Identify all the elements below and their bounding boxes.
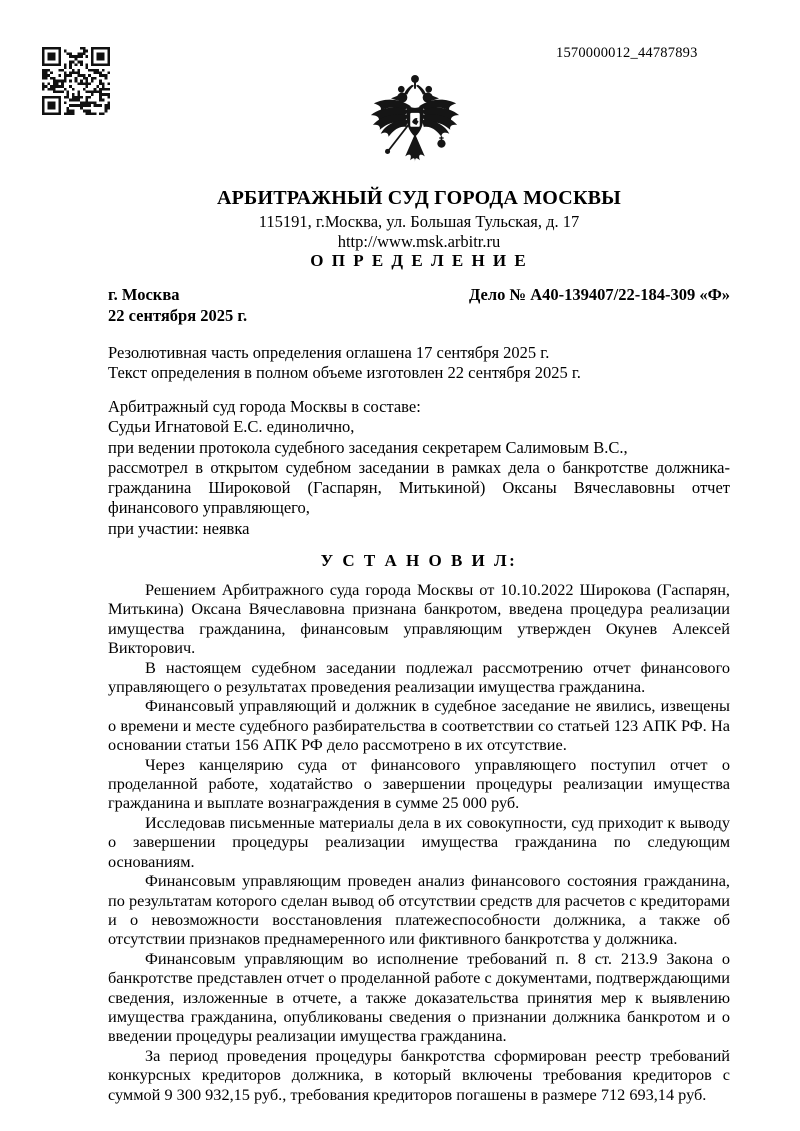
document-type-heading: О П Р Е Д Е Л Е Н И Е bbox=[108, 251, 730, 271]
body-paragraph: Финансовым управляющим во исполнение тре… bbox=[108, 949, 730, 1046]
composition-line: Арбитражный суд города Москвы в составе: bbox=[108, 397, 730, 417]
court-header: АРБИТРАЖНЫЙ СУД ГОРОДА МОСКВЫ 115191, г.… bbox=[108, 186, 730, 271]
body-paragraph: За период проведения процедуры банкротст… bbox=[108, 1046, 730, 1104]
case-intro: Арбитражный суд города Москвы в составе:… bbox=[108, 397, 730, 539]
body-paragraph: Решением Арбитражного суда города Москвы… bbox=[108, 580, 730, 658]
resolutive-part-line: Резолютивная часть определения оглашена … bbox=[108, 343, 730, 363]
composition-line: рассмотрел в открытом судебном заседании… bbox=[108, 458, 730, 519]
body-paragraph: В настоящем судебном заседании подлежал … bbox=[108, 658, 730, 697]
body-paragraph: Через канцелярию суда от финансового упр… bbox=[108, 755, 730, 813]
body-paragraph: Исследовав письменные материалы дела в и… bbox=[108, 813, 730, 871]
court-name: АРБИТРАЖНЫЙ СУД ГОРОДА МОСКВЫ bbox=[108, 186, 730, 210]
full-text-line: Текст определения в полном объеме изгото… bbox=[108, 363, 730, 383]
composition-line: при ведении протокола судебного заседани… bbox=[108, 438, 730, 458]
date-label: 22 сентября 2025 г. bbox=[108, 306, 247, 327]
court-address: 115191, г.Москва, ул. Большая Тульская, … bbox=[108, 212, 730, 232]
court-ruling-page: 1570000012_44787893 bbox=[0, 0, 800, 1131]
ustanovil-heading: У С Т А Н О В И Л: bbox=[108, 551, 730, 571]
composition-line: при участии: неявка bbox=[108, 519, 730, 539]
body-paragraph: Финансовый управляющий и должник в судеб… bbox=[108, 696, 730, 754]
ruling-body: Решением Арбитражного суда города Москвы… bbox=[108, 580, 730, 1104]
qr-code bbox=[42, 47, 110, 115]
russia-coat-of-arms-icon bbox=[366, 72, 464, 176]
body-paragraph: Финансовым управляющим проведен анализ ф… bbox=[108, 871, 730, 949]
announce-block: Резолютивная часть определения оглашена … bbox=[108, 343, 730, 384]
composition-line: Судьи Игнатовой Е.С. единолично, bbox=[108, 417, 730, 437]
meta-row: г. Москва 22 сентября 2025 г. Дело № А40… bbox=[108, 285, 730, 326]
case-number: Дело № А40-139407/22-184-309 «Ф» bbox=[469, 285, 730, 306]
city-label: г. Москва bbox=[108, 285, 247, 306]
city-date-block: г. Москва 22 сентября 2025 г. bbox=[108, 285, 247, 326]
court-url: http://www.msk.arbitr.ru bbox=[108, 232, 730, 251]
document-number: 1570000012_44787893 bbox=[556, 45, 698, 62]
